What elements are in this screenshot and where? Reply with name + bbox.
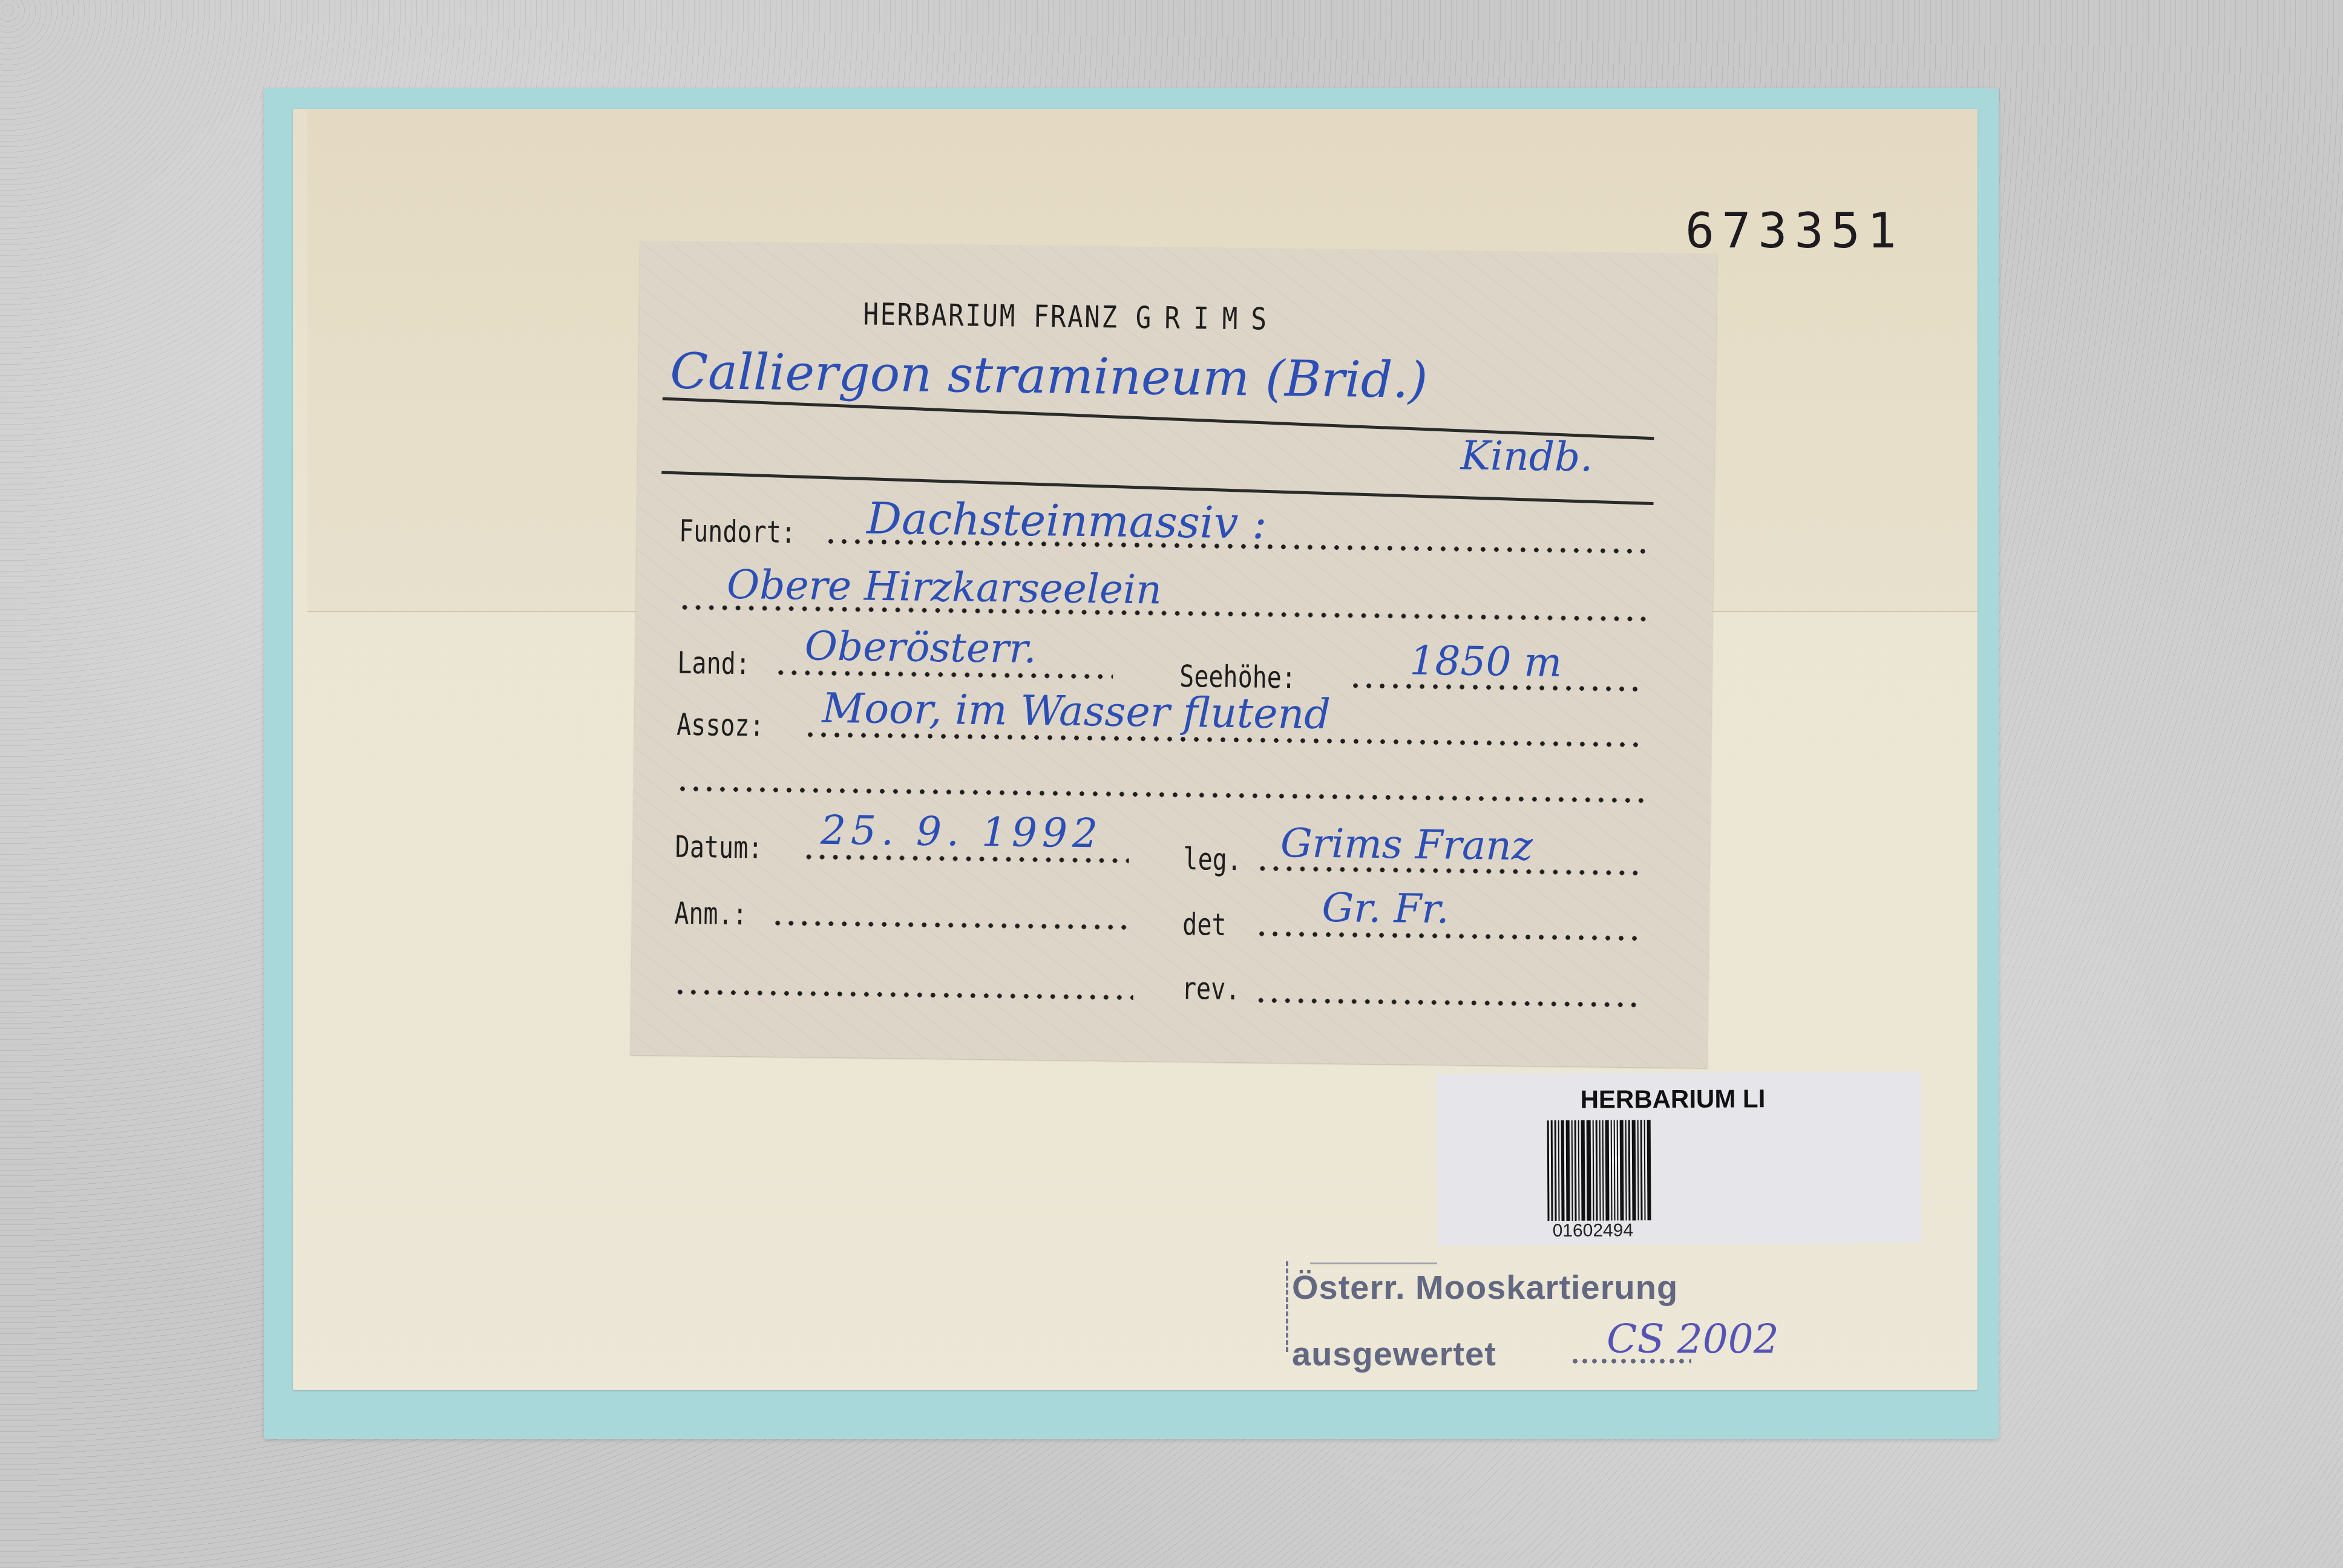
barcode-bar [1551,1120,1553,1221]
barcode-bar [1571,1120,1573,1221]
rev-dots-left [673,989,1133,1001]
barcode-bar [1647,1120,1651,1220]
barcode-bar [1605,1120,1610,1221]
barcode-bar [1611,1120,1613,1221]
datum-value: 25. 9. 1992 [821,807,1103,857]
barcode-bar [1637,1120,1639,1220]
leg-label: leg. [1183,841,1242,877]
det-label: det [1182,907,1227,942]
herbarium-label: HERBARIUM FRANZ GRIMS Calliergon stramin… [631,241,1717,1068]
barcode-label: HERBARIUM LI 01602494 [1437,1071,1921,1246]
barcode-bar [1599,1120,1601,1221]
rev-dots [1254,997,1642,1008]
anm-label: Anm.: [674,896,747,932]
fundort-label: Fundort: [679,514,796,550]
leg-value: Grims Franz [1280,820,1533,869]
barcode-bar [1566,1120,1570,1221]
land-dots [774,670,1113,680]
label-header-right: GRIMS [1135,300,1280,337]
barcode-number: 01602494 [1553,1220,1634,1241]
label-header: HERBARIUM FRANZ GRIMS [863,297,1280,337]
barcode-bar [1644,1120,1646,1220]
barcode-bar [1614,1120,1616,1221]
stamp-line-1: Österr. Mooskartierung [1292,1267,1678,1307]
barcode-bars [1547,1120,1683,1221]
mooskartierung-stamp: Österr. Mooskartierung ausgewertet CS 20… [1286,1261,1830,1376]
taxon-author: Kindb. [1460,433,1593,481]
stamp-line-2: ausgewertet [1292,1334,1496,1373]
barcode-bar [1596,1120,1598,1221]
det-value: Gr. Fr. [1322,884,1449,933]
barcode-bar [1602,1120,1604,1221]
fundort-value-2: Obere Hirzkarseelein [727,561,1162,613]
fundort-value-1: Dachsteinmassiv : [867,493,1267,549]
barcode-bar [1640,1120,1643,1220]
label-header-left: HERBARIUM FRANZ [863,297,1119,335]
barcode-title: HERBARIUM LI [1437,1083,1921,1115]
land-value: Oberösterr. [804,622,1037,672]
land-label: Land: [677,645,750,681]
barcode-bar [1632,1120,1636,1220]
anm-dots [771,920,1134,930]
barcode-bar [1593,1120,1594,1221]
barcode-bar [1581,1120,1585,1221]
barcode-bar [1561,1120,1565,1221]
barcode-bar [1547,1120,1550,1221]
barcode-bar [1575,1120,1577,1221]
barcode-bar [1620,1120,1624,1220]
assoz-value: Moor, im Wasser flutend [822,685,1331,739]
barcode-bar [1617,1120,1619,1221]
barcode-bar [1555,1120,1557,1221]
taxon-name: Calliergon stramineum (Brid.) [670,343,1428,410]
barcode-bar [1628,1120,1631,1220]
seehoehe-value: 1850 m [1409,638,1562,686]
datum-label: Datum: [675,829,762,866]
stamp-top-border [1310,1263,1437,1264]
catalog-number: 673351 [1685,203,1904,259]
rev-label: rev. [1182,971,1240,1007]
assoz-dots-2 [676,786,1644,804]
barcode-bar [1578,1120,1580,1221]
barcode-bar [1587,1120,1591,1221]
stamp-handwritten: CS 2002 [1607,1316,1779,1362]
barcode-bar [1558,1120,1560,1221]
barcode-bar [1625,1120,1627,1220]
stamp-left-border [1286,1261,1291,1352]
assoz-label: Assoz: [677,707,764,743]
